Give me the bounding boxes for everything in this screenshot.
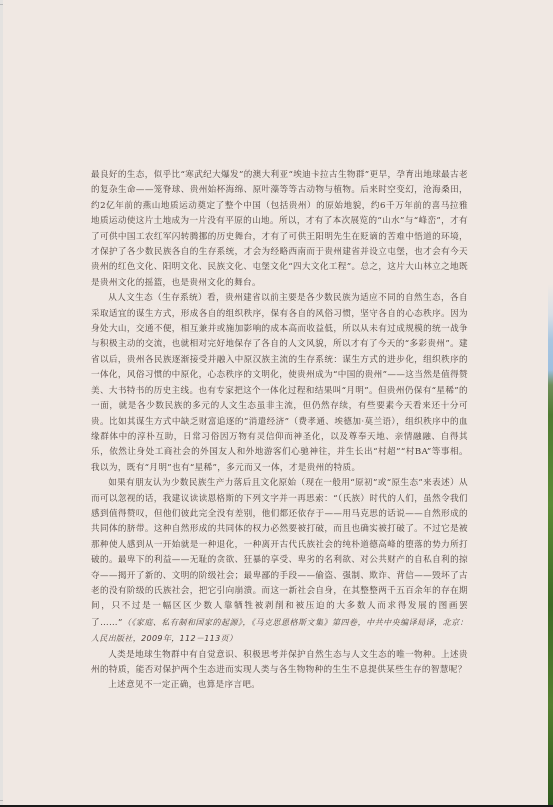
paragraph-text: 最良好的生态，似乎比“寒武纪大爆发”的澳大利亚“埃迪卡拉古生物群”更早，孕育出地… [91,170,468,288]
document-page: 最良好的生态，似乎比“寒武纪大爆发”的澳大利亚“埃迪卡拉古生物群”更早，孕育出地… [3,0,548,805]
body-text: 最良好的生态，似乎比“寒武纪大爆发”的澳大利亚“埃迪卡拉古生物群”更早，孕育出地… [91,168,468,694]
paragraph-text: 上述意见不一定正确，也算是序言吧。 [108,680,260,690]
forest-landscape-photo [548,285,553,805]
paragraph-text: 人类是地球生物群中有自觉意识、积极思考并保护自然生态与人文生态的唯一物种。上述贵… [91,650,468,675]
paragraph: 人类是地球生物群中有自觉意识、积极思考并保护自然生态与人文生态的唯一物种。上述贵… [91,648,468,679]
paragraph: 从人文生态（生存系统）看，贵州建省以前主要是各少数民族为适应不同的自然生态，各自… [91,291,468,476]
paragraph: 如果有朋友认为少数民族生产力落后且文化原始（现在一般用“原初”或“原生态”来表述… [91,476,468,647]
paragraph: 最良好的生态，似乎比“寒武纪大爆发”的澳大利亚“埃迪卡拉古生物群”更早，孕育出地… [91,168,468,291]
paragraph-text: 从人文生态（生存系统）看，贵州建省以前主要是各少数民族为适应不同的自然生态，各自… [91,293,468,472]
citation: （《家庭、私有制和国家的起源》，《马克思恩格斯文集》第四卷，中共中央编译局译，北… [91,618,468,643]
paragraph: 上述意见不一定正确，也算是序言吧。 [91,678,468,693]
paragraph-text: 如果有朋友认为少数民族生产力落后且文化原始（现在一般用“原初”或“原生态”来表述… [91,478,468,628]
